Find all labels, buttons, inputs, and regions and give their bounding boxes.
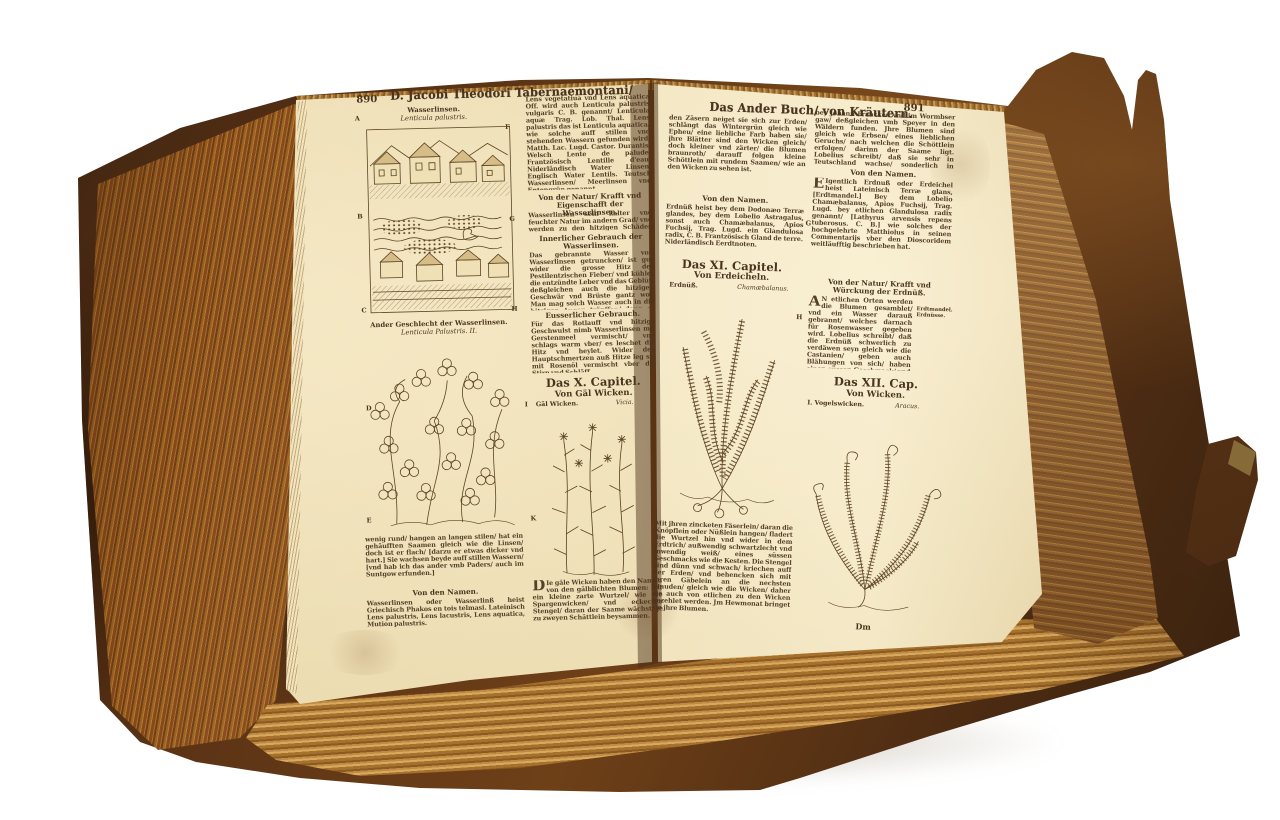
woodcut-pond-landscape: [365, 125, 516, 315]
left-page-content: 890 D. Jacobi Theodori Tabernaemontani/ …: [298, 77, 667, 697]
body-text: Wasserlinsen oder Wasserlinß heist Griec…: [367, 597, 526, 631]
body-text: AN etlichen Orten werden die Blumen gesa…: [806, 295, 912, 371]
woodcut-vogelswicken-plant-svg: [798, 409, 947, 616]
margin-letter: I: [525, 400, 528, 408]
margin-letter: G: [805, 219, 811, 227]
woodcut-gael-wicken-plant-svg: [532, 408, 652, 579]
figure-caption-wasserlinsen: Wasserlinsen. Lenticula palustris.: [359, 105, 509, 124]
section-heading-inner-use: Innerlicher Gebrauch der Wasserlinsen.: [529, 232, 653, 251]
signature-mark: Dm: [855, 621, 871, 632]
figure-caption-wasserlinsen-2: Ander Geschlecht der Wasserlinsen. Lenti…: [356, 319, 522, 338]
margin-letter: B: [357, 212, 363, 220]
body-text: bey Johann Francken vnd im Wormbser gaw/…: [814, 110, 956, 171]
body-text: Lens vegetatiua vnd Lens aquatica Off. w…: [525, 93, 651, 190]
right-page-content: Das Ander Buch/ von Kräutern. 891 G H de…: [638, 92, 1010, 670]
body-text: wenig rund/ hangen an langen stilen/ hat…: [365, 533, 524, 587]
photo-canvas: 890 D. Jacobi Theodori Tabernaemontani/ …: [0, 0, 1280, 820]
body-text: Mit jhren zincketen Fäserlein/ daran die…: [651, 520, 793, 629]
woodcut-duckweed-plant: [362, 339, 523, 531]
body-text: Für das Rotlauff vnd hitzige Geschwulst …: [531, 318, 656, 373]
margin-letter: H: [796, 313, 802, 321]
page-number-left: 890: [356, 94, 377, 106]
woodcut-gael-wicken-plant: [532, 408, 652, 579]
woodcut-erdnuess-plant-svg: [657, 290, 797, 520]
woodcut-pond-landscape-svg: [365, 125, 516, 315]
body-text: Erdnüß heist bey dem Dodonæo Terræ gland…: [664, 203, 804, 258]
body-text: EIgentlich Erdnuß oder Erdeichel heist L…: [810, 177, 953, 278]
body-text: Wasserlinsen sein kalter vnd feuchter Na…: [528, 209, 652, 232]
woodcut-duckweed-plant-svg: [362, 339, 523, 531]
woodcut-erdnuess-plant: [657, 290, 797, 520]
body-text: den Zäsern neiget sie sich zur Erden/ sc…: [667, 114, 808, 195]
chapter-x-subtitle: Von Gäl Wicken.: [530, 387, 658, 400]
margin-letter: C: [361, 306, 366, 314]
body-text: Das gebrannte Wasser von Wasserlinsen ge…: [529, 249, 654, 310]
margin-note: Erdtmandel. Erdnüsse.: [916, 307, 952, 320]
woodcut-vogelswicken-plant: [798, 409, 947, 616]
